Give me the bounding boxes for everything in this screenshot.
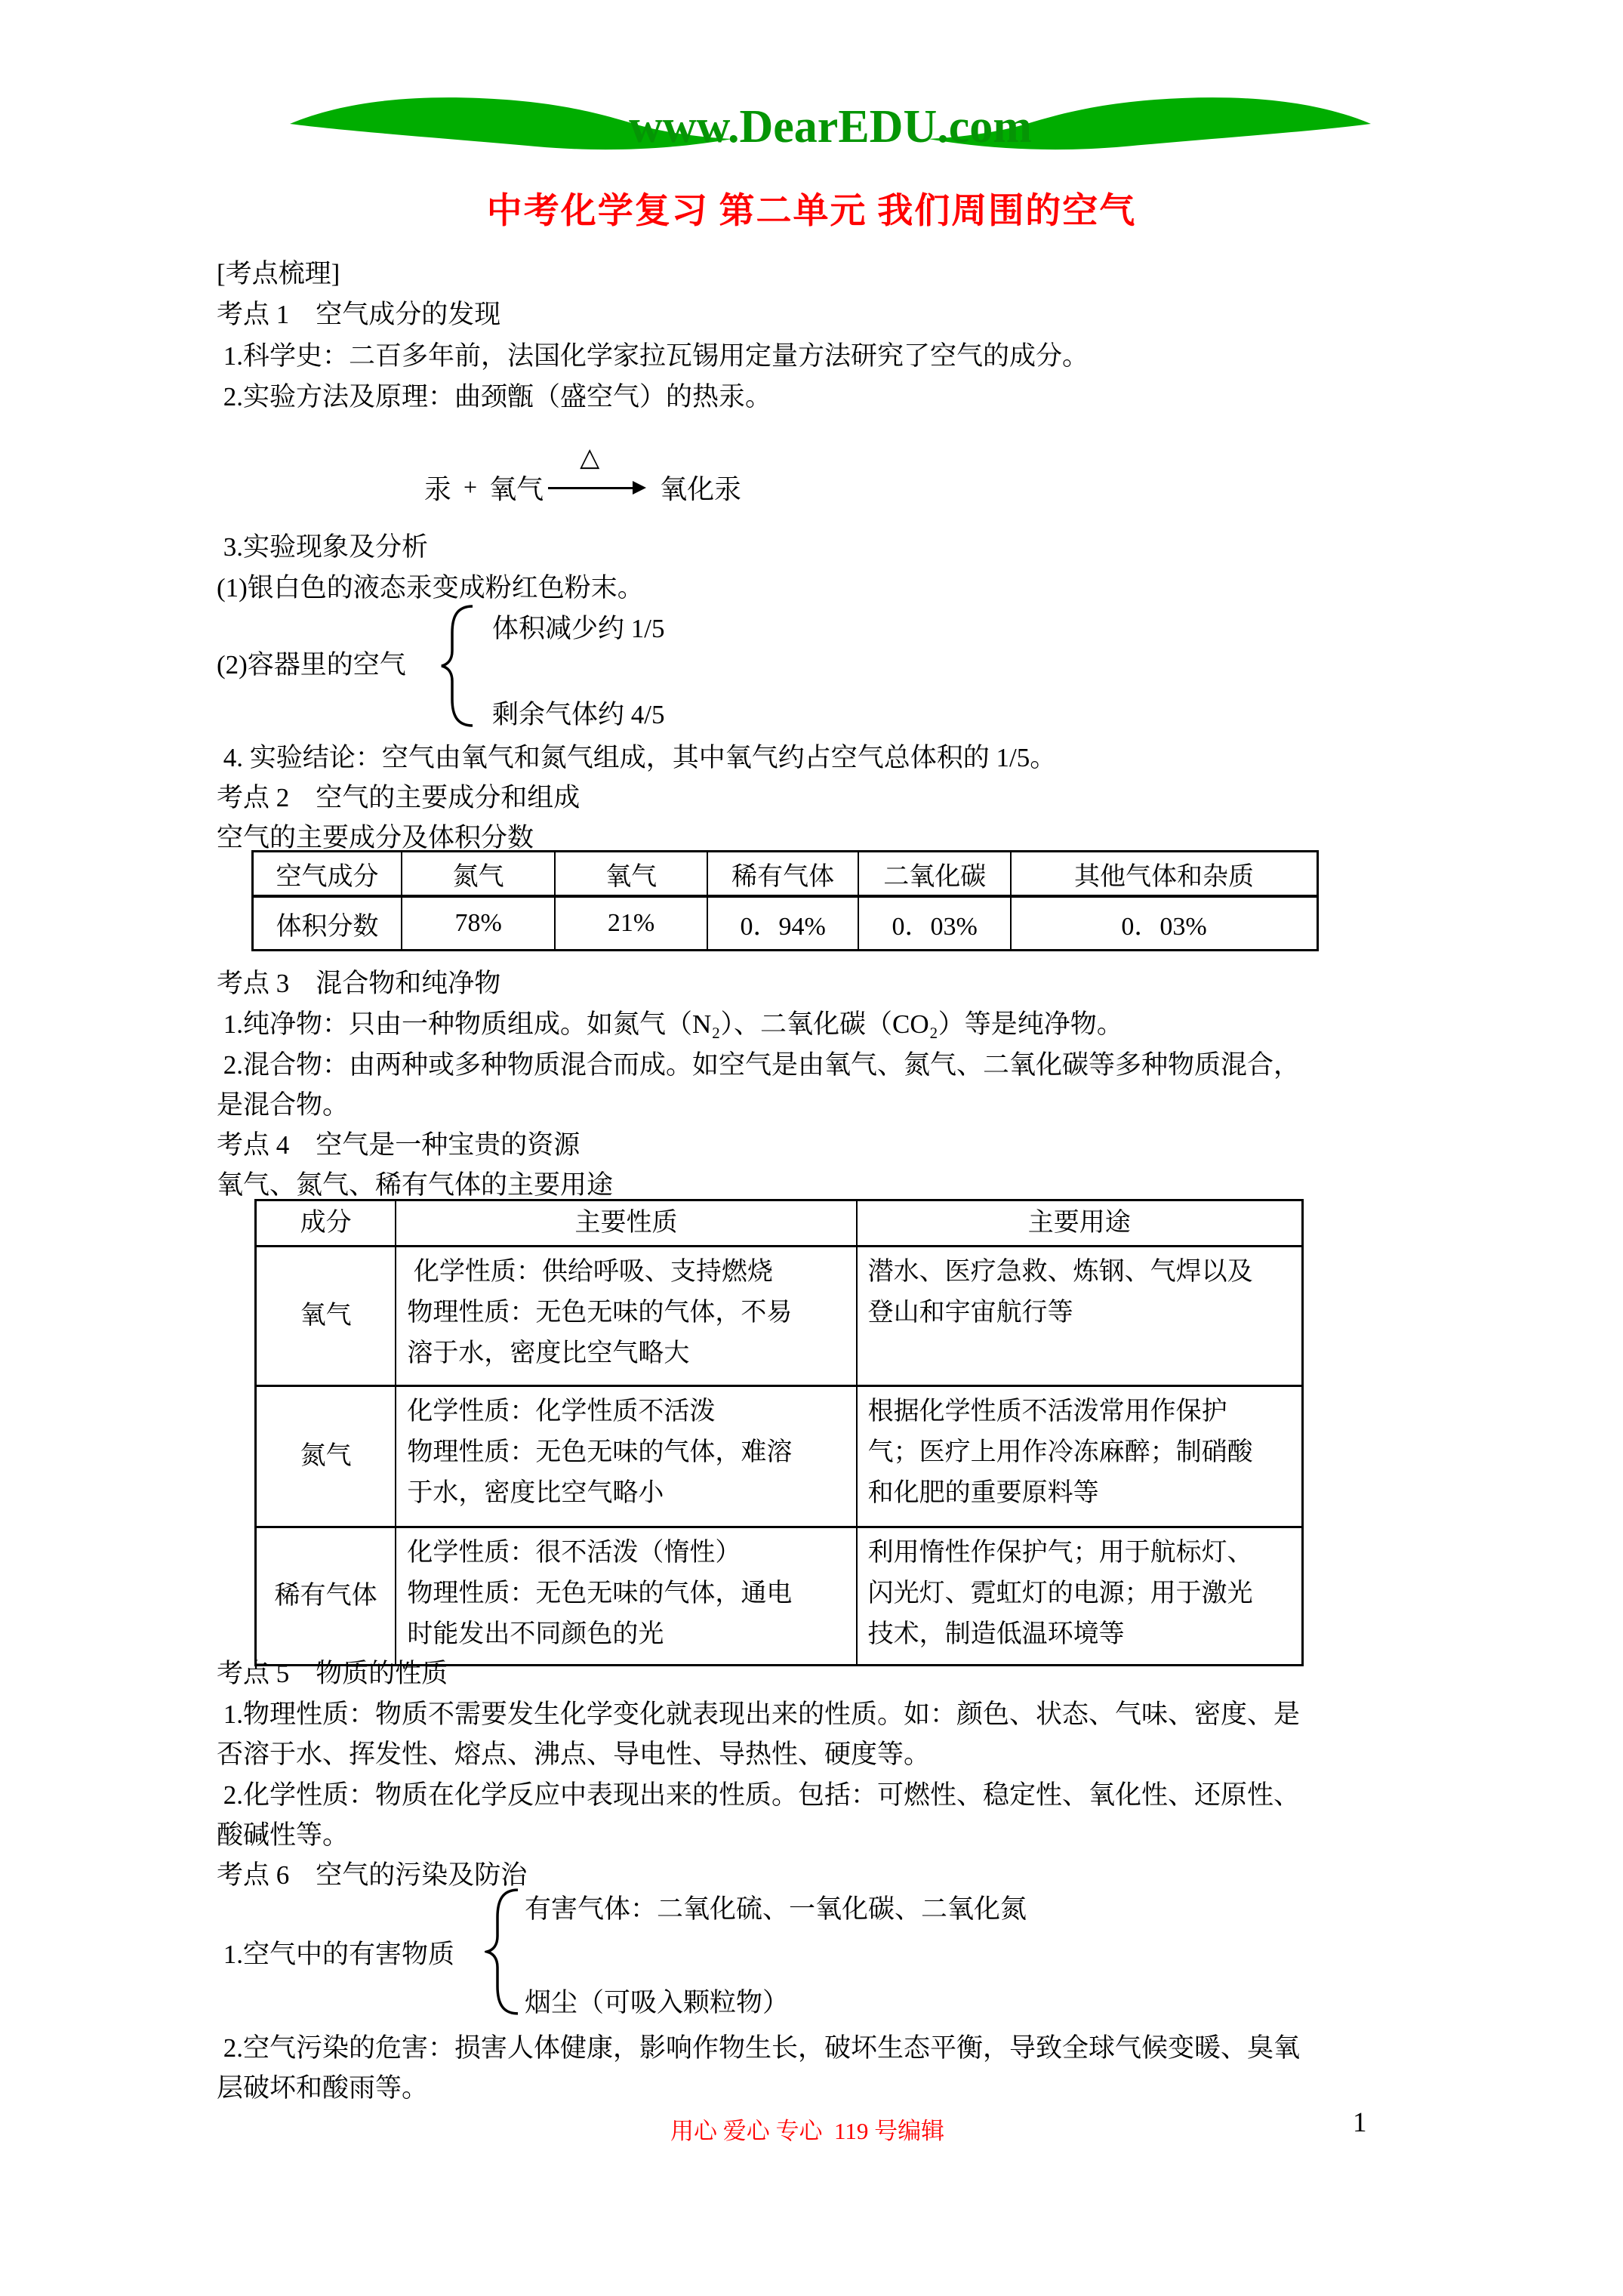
kp3-title: 考点 3 混合物和纯净物 <box>217 966 500 1001</box>
t1-header-cell: 氧气 <box>555 852 707 897</box>
kp5-item1-line2: 否溶于水、挥发性、熔点、沸点、导电性、导热性、硬度等。 <box>217 1737 930 1772</box>
equation-reactant1: 汞 <box>424 468 451 507</box>
t2-properties-cell: 化学性质：供给呼吸、支持燃烧 物理性质：无色无味的气体，不易 溶于水，密度比空气… <box>396 1247 856 1386</box>
brace1-label: (2)容器里的空气 <box>217 648 406 683</box>
brace2-item-bottom: 烟尘（可吸入颗粒物） <box>525 1986 789 2020</box>
brace1-item-top: 体积减少约 1/5 <box>492 612 664 646</box>
table-row-rare-gas: 稀有气体 化学性质：很不活泼（惰性） 物理性质：无色无味的气体，通电 时能发出不… <box>256 1527 1303 1666</box>
dearedu-logo: www.DearEDU.com <box>279 85 1381 157</box>
kp5-item2-line1: 2.化学性质：物质在化学反应中表现出来的性质。包括：可燃性、稳定性、氧化性、还原… <box>217 1778 1300 1813</box>
heat-condition-symbol: △ <box>580 442 599 473</box>
equation-reactant2: 氧气 <box>489 468 544 507</box>
kp4-subtitle: 氧气、氮气、稀有气体的主要用途 <box>217 1168 613 1203</box>
air-composition-table: 空气成分 氮气 氧气 稀有气体 二氧化碳 其他气体和杂质 体积分数 78% 21… <box>251 850 1319 951</box>
t2-uses-cell: 根据化学性质不活泼常用作保护 气；医疗上用作冷冻麻醉；制硝酸 和化肥的重要原料等 <box>857 1386 1303 1527</box>
kp3-item2-line2: 是混合物。 <box>217 1088 349 1123</box>
kp5-title: 考点 5 物质的性质 <box>217 1657 448 1691</box>
outline-header: [考点梳理] <box>217 257 340 291</box>
t1-header-cell: 空气成分 <box>253 852 402 897</box>
t1-header-cell: 氮气 <box>402 852 555 897</box>
page-number: 1 <box>1353 2106 1367 2139</box>
t1-value-cell: 21% <box>555 896 707 951</box>
t2-uses-cell: 利用惰性作保护气；用于航标灯、 闪光灯、霓虹灯的电源；用于激光 技术，制造低温环… <box>857 1527 1303 1666</box>
kp1-obs1: (1)银白色的液态汞变成粉红色粉末。 <box>217 571 644 606</box>
footer-slogan: 用心 爱心 专心 119 号编辑 <box>670 2112 944 2146</box>
t1-value-cell: 0．03% <box>1011 896 1317 951</box>
table-row-nitrogen: 氮气 化学性质：化学性质不活泼 物理性质：无色无味的气体，难溶 于水，密度比空气… <box>256 1386 1303 1527</box>
equation-product: 氧化汞 <box>660 468 741 507</box>
t2-header-cell: 成分 <box>256 1200 396 1247</box>
t2-properties-cell: 化学性质：很不活泼（惰性） 物理性质：无色无味的气体，通电 时能发出不同颜色的光 <box>396 1527 856 1666</box>
kp5-item2-line2: 酸碱性等。 <box>217 1818 349 1853</box>
t2-component-cell: 稀有气体 <box>256 1527 396 1666</box>
arrow-icon <box>548 487 634 489</box>
t1-value-cell: 0．94% <box>707 896 858 951</box>
t1-header-cell: 二氧化碳 <box>858 852 1011 897</box>
kp6-item2-line2: 层破坏和酸雨等。 <box>217 2071 428 2106</box>
page-title: 中考化学复习 第二单元 我们周围的空气 <box>0 183 1623 233</box>
brace-icon <box>439 604 474 728</box>
kp1-item4: 4. 实验结论：空气由氧气和氮气组成，其中氧气约占空气总体积的 1/5。 <box>217 741 1056 775</box>
table-row-oxygen: 氧气 化学性质：供给呼吸、支持燃烧 物理性质：无色无味的气体，不易 溶于水，密度… <box>256 1247 1303 1386</box>
brace1-item-bottom: 剩余气体约 4/5 <box>492 698 664 732</box>
table-row: 体积分数 78% 21% 0．94% 0．03% 0．03% <box>253 896 1318 951</box>
kp1-title: 考点 1 空气成分的发现 <box>217 297 500 332</box>
kp6-title: 考点 6 空气的污染及防治 <box>217 1858 527 1893</box>
table-header-row: 空气成分 氮气 氧气 稀有气体 二氧化碳 其他气体和杂质 <box>253 852 1318 897</box>
t2-header-cell: 主要性质 <box>396 1200 856 1247</box>
t2-uses-cell: 潜水、医疗急救、炼钢、气焊以及 登山和宇宙航行等 <box>857 1247 1303 1386</box>
reaction-arrow: △ <box>548 473 648 503</box>
t2-component-cell: 氧气 <box>256 1247 396 1386</box>
kp1-item2: 2.实验方法及原理：曲颈甑（盛空气）的热汞。 <box>217 380 771 415</box>
t1-header-cell: 稀有气体 <box>707 852 858 897</box>
kp6-item2-line1: 2.空气污染的危害：损害人体健康，影响作物生长，破坏生态平衡，导致全球气候变暖、… <box>217 2031 1300 2066</box>
kp3-item1: 1.纯净物：只由一种物质组成。如氮气（N₂）、二氧化碳（CO₂）等是纯净物。 <box>217 1007 1123 1042</box>
t2-properties-cell: 化学性质：化学性质不活泼 物理性质：无色无味的气体，难溶 于水，密度比空气略小 <box>396 1386 856 1527</box>
kp3-item2-line1: 2.混合物：由两种或多种物质混合而成。如空气是由氧气、氮气、二氧化碳等多种物质混… <box>217 1048 1300 1083</box>
gas-uses-table: 成分 主要性质 主要用途 氧气 化学性质：供给呼吸、支持燃烧 物理性质：无色无味… <box>254 1199 1304 1666</box>
t1-header-cell: 其他气体和杂质 <box>1011 852 1317 897</box>
kp1-item1: 1.科学史：二百多年前，法国化学家拉瓦锡用定量方法研究了空气的成分。 <box>217 339 1089 374</box>
t1-value-cell: 78% <box>402 896 555 951</box>
logo-text: www.DearEDU.com <box>629 101 1032 153</box>
kp4-title: 考点 4 空气是一种宝贵的资源 <box>217 1128 580 1163</box>
kp1-item3: 3.实验现象及分析 <box>217 530 428 565</box>
t2-component-cell: 氮气 <box>256 1386 396 1527</box>
brace2-label: 1.空气中的有害物质 <box>217 1937 454 1972</box>
document-page: www.DearEDU.com 中考化学复习 第二单元 我们周围的空气 [考点梳… <box>0 0 1623 2296</box>
brace-icon <box>485 1888 519 2016</box>
kp2-title: 考点 2 空气的主要成分和组成 <box>217 781 580 815</box>
table-header-row: 成分 主要性质 主要用途 <box>256 1200 1303 1247</box>
chemical-equation: 汞 + 氧气 △ 氧化汞 <box>424 468 741 507</box>
t1-row-label: 体积分数 <box>253 896 402 951</box>
t2-header-cell: 主要用途 <box>857 1200 1303 1247</box>
brace2-item-top: 有害气体：二氧化硫、一氧化碳、二氧化氮 <box>525 1892 1027 1927</box>
kp5-item1-line1: 1.物理性质：物质不需要发生化学变化就表现出来的性质。如：颜色、状态、气味、密度… <box>217 1697 1300 1732</box>
t1-value-cell: 0．03% <box>858 896 1011 951</box>
equation-plus-sign: + <box>463 473 477 501</box>
